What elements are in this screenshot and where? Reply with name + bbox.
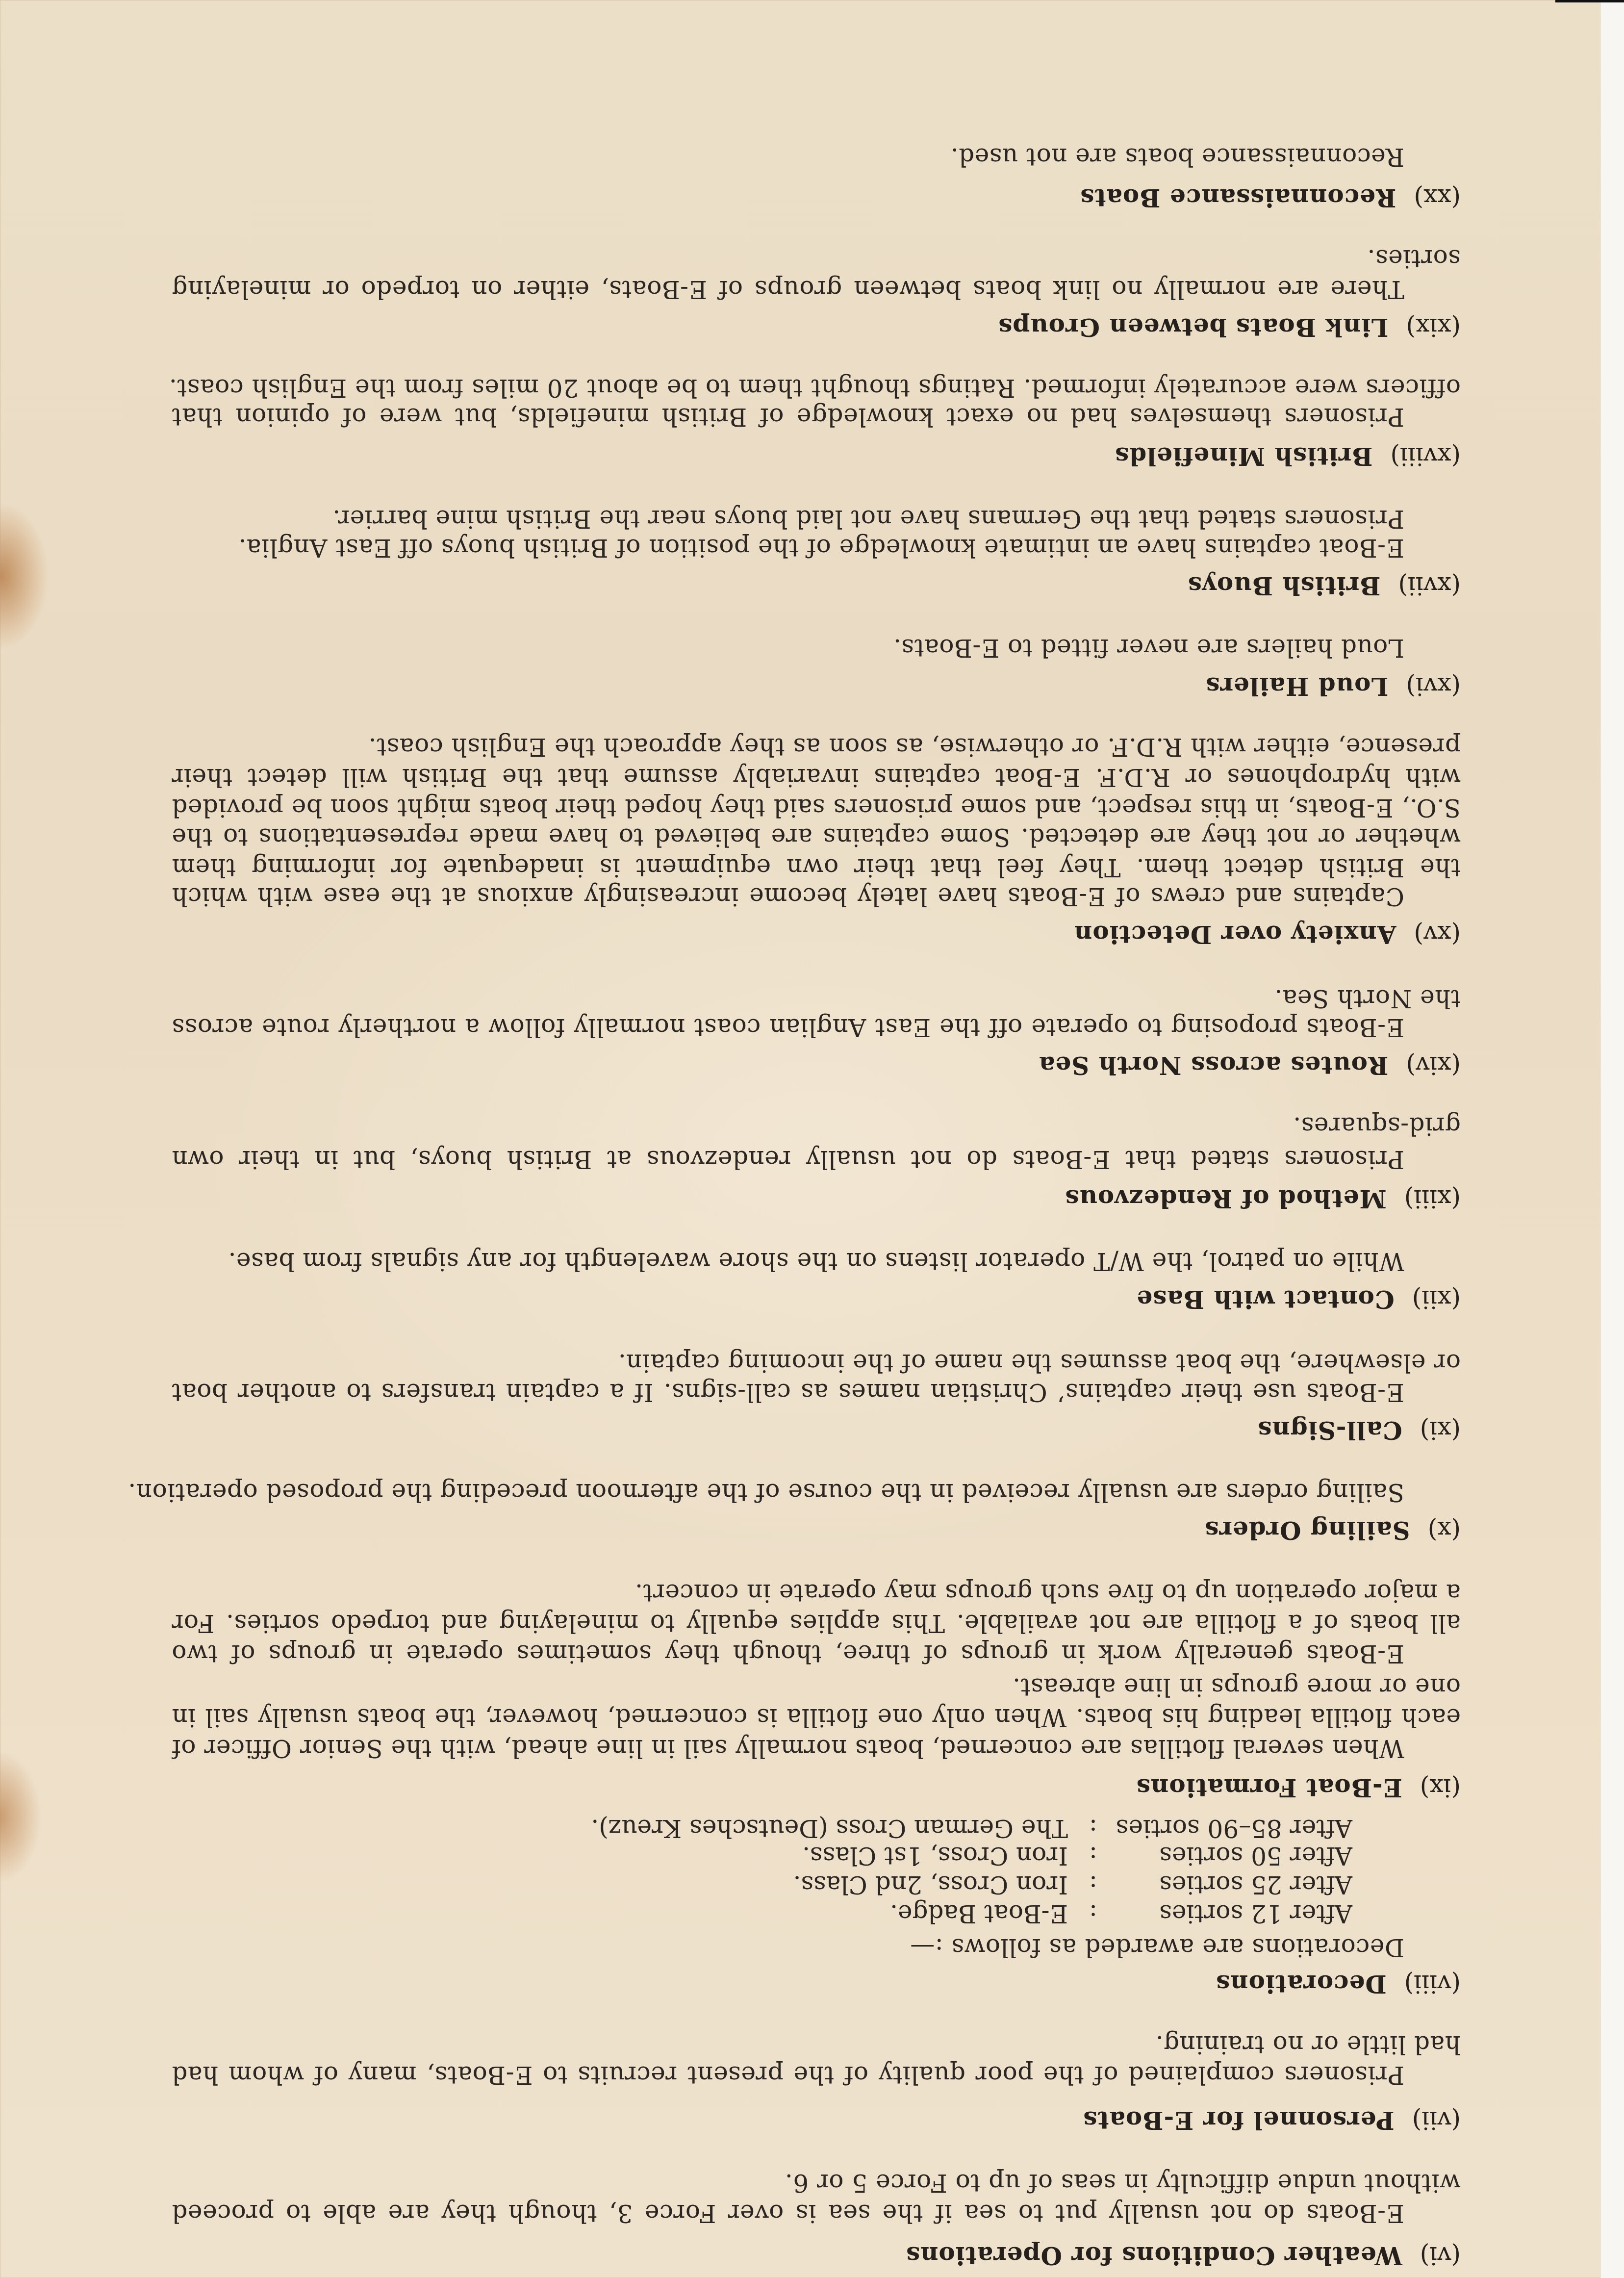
section-title: Reconnaissance Boats (1080, 183, 1396, 212)
scanner-edge (1555, 0, 1624, 2)
section-number: (xx) (1414, 183, 1461, 212)
section-number: (xv) (1414, 920, 1461, 948)
award-separator: : (1068, 1814, 1097, 1843)
text-line: one or more groups in line abreast. (1013, 1672, 1461, 1702)
section-title: Sailing Orders (1204, 1516, 1410, 1545)
section-heading: (xv)Anxiety over Detection (1074, 920, 1461, 949)
award-name: E-Boat Badge. (890, 1899, 1068, 1928)
text-line: without undue difficulty in seas of up t… (785, 2168, 1461, 2198)
paper-sheet: (vi)Weather Conditions for OperationsE-B… (0, 0, 1600, 2278)
text-line: E-Boats use their captains’ Christian na… (172, 1378, 1404, 1407)
text-line: Decorations are awarded as follows :— (910, 1933, 1404, 1962)
section-title: Weather Conditions for Operations (906, 2241, 1402, 2270)
text-line: E-Boat captains have an intimate knowled… (238, 533, 1404, 563)
section-title: British Buoys (1188, 571, 1381, 600)
text-line: grid-squares. (1293, 1111, 1461, 1141)
text-line: officers were accurately informed. Ratin… (169, 373, 1461, 403)
award-name: The German Cross (Deutsches Kreuz). (591, 1814, 1068, 1843)
award-threshold: After 50 sorties (1097, 1841, 1352, 1870)
section-title: Anxiety over Detection (1074, 920, 1396, 949)
text-line: the North Sea. (1274, 984, 1461, 1013)
section-heading: (xii)Contact with Base (1136, 1284, 1461, 1314)
text-line: E-Boats generally work in groups of thre… (172, 1639, 1404, 1668)
section-heading: (ix)E-Boat Formations (1136, 1773, 1461, 1802)
text-line: Reconnaissance boats are not used. (950, 142, 1404, 172)
section-number: (ix) (1420, 1773, 1461, 1802)
award-row: After 85–90 sorties:The German Cross (De… (591, 1814, 1352, 1843)
text-line: Prisoners stated that E-Boats do not usu… (172, 1145, 1404, 1174)
section-title: Method of Rendezvous (1065, 1184, 1386, 1213)
section-title: Link Boats between Groups (998, 313, 1388, 342)
text-line: Captains and crews of E-Boats have latel… (172, 882, 1404, 911)
text-line: Sailing orders are usually received in t… (128, 1478, 1404, 1507)
text-line: When several flotillas are concerned, bo… (172, 1734, 1404, 1763)
section-number: (xiv) (1406, 1051, 1461, 1079)
section-title: E-Boat Formations (1136, 1773, 1402, 1802)
award-name: Iron Cross, 1st Class. (802, 1842, 1068, 1870)
award-threshold: After 12 sorties (1097, 1899, 1352, 1928)
section-title: Decorations (1216, 1970, 1387, 1998)
text-line: or elsewhere, the boat assumes the name … (618, 1348, 1461, 1378)
section-heading: (xviii)British Minefields (1115, 441, 1461, 471)
text-line: a major operation up to five such groups… (635, 1578, 1461, 1608)
text-line: all boats of a flotilla are not availabl… (172, 1609, 1461, 1638)
text-line: Loud hailers are never fitted to E-Boats… (893, 633, 1404, 663)
award-threshold: After 85–90 sorties (1097, 1814, 1352, 1843)
section-heading: (xiii)Method of Rendezvous (1065, 1184, 1461, 1213)
text-line: sorties. (1367, 244, 1461, 273)
text-line: Prisoners complained of the poor quality… (172, 2060, 1404, 2090)
text-line: presence, either with R.D.F. or otherwis… (368, 732, 1461, 762)
text-line: Prisoners themselves had no exact knowle… (172, 402, 1404, 432)
section-heading: (xx)Reconnaissance Boats (1080, 183, 1461, 212)
text-line: E-Boats proposing to operate off the Eas… (172, 1013, 1404, 1042)
award-name: Iron Cross, 2nd Class. (793, 1870, 1068, 1899)
section-number: (xix) (1406, 313, 1461, 341)
text-line: whether or not they are detected. Some c… (172, 822, 1461, 852)
section-heading: (viii)Decorations (1216, 1969, 1461, 1998)
section-number: (xii) (1412, 1285, 1461, 1313)
section-number: (xvi) (1406, 672, 1461, 700)
section-heading: (xvi)Loud Hailers (1205, 671, 1461, 701)
award-row: After 25 sorties:Iron Cross, 2nd Class. (793, 1870, 1352, 1899)
scanned-page: (vi)Weather Conditions for OperationsE-B… (0, 0, 1624, 2278)
section-heading: (xvii)British Buoys (1188, 571, 1461, 600)
section-title: Loud Hailers (1205, 672, 1388, 701)
award-separator: : (1068, 1841, 1097, 1870)
text-line: with hydrophones or R.D.F. E-Boat captai… (172, 763, 1461, 792)
text-line: had little or no training. (1155, 2030, 1461, 2059)
section-heading: (vii)Personnel for E-Boats (1083, 2105, 1461, 2135)
section-heading: (vi)Weather Conditions for Operations (906, 2241, 1461, 2270)
text-line: There are normally no link boats between… (172, 275, 1404, 304)
section-number: (vi) (1420, 2241, 1461, 2270)
text-line: each flotilla leading his boats. When on… (172, 1703, 1461, 1732)
section-number: (xvii) (1398, 571, 1461, 600)
text-line: While on patrol, the W/T operator listen… (228, 1247, 1404, 1276)
section-number: (xi) (1420, 1416, 1461, 1444)
section-title: British Minefields (1115, 442, 1373, 471)
section-heading: (xi)Call-Signs (1257, 1415, 1461, 1445)
section-number: (xiii) (1404, 1184, 1461, 1213)
award-separator: : (1068, 1899, 1097, 1928)
section-number: (vii) (1412, 2106, 1461, 2134)
section-heading: (xix)Link Boats between Groups (998, 312, 1461, 342)
section-number: (xviii) (1391, 442, 1461, 470)
text-line: E-Boats do not usually put to sea if the… (172, 2199, 1404, 2228)
award-separator: : (1068, 1870, 1097, 1899)
section-heading: (xiv)Routes across North Sea (1039, 1050, 1461, 1080)
award-threshold: After 25 sorties (1097, 1870, 1352, 1899)
section-number: (viii) (1404, 1970, 1461, 1998)
section-title: Call-Signs (1257, 1416, 1402, 1445)
text-line: Prisoners stated that the Germans have n… (332, 504, 1404, 534)
section-title: Contact with Base (1136, 1285, 1394, 1314)
section-number: (x) (1428, 1516, 1461, 1544)
section-heading: (x)Sailing Orders (1204, 1515, 1461, 1545)
award-row: After 12 sorties:E-Boat Badge. (890, 1899, 1352, 1928)
section-title: Routes across North Sea (1039, 1051, 1389, 1080)
text-line: the British detect them. They feel that … (172, 853, 1461, 882)
section-title: Personnel for E-Boats (1083, 2106, 1394, 2135)
award-row: After 50 sorties:Iron Cross, 1st Class. (802, 1841, 1352, 1870)
text-line: S.O., E-Boats, in this respect, and some… (172, 793, 1461, 822)
